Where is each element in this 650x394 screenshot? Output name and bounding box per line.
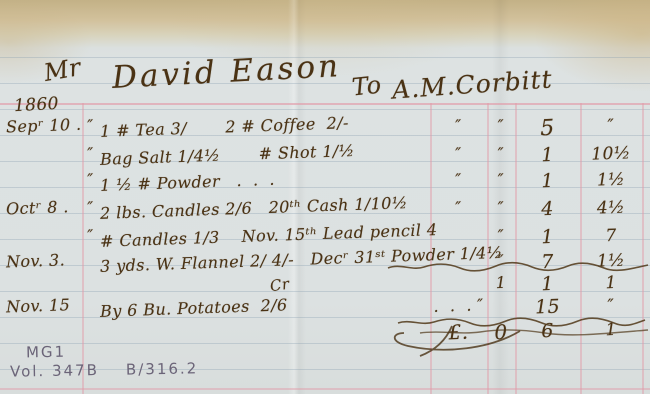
entry-date: Nov. 3. [6,250,85,272]
header-to: To [351,71,383,102]
ditto-col-1: . . . ″ [431,295,487,316]
date-ditto-mark: ″ [83,226,99,246]
ditto-col-1: ″ [431,115,487,136]
ledger-row: Nov. 15 By 6 Bu. Potatoes 2/6 . . . ″ 15… [0,296,650,322]
date-ditto-mark: ″ [83,116,99,136]
ledger-row: ″ Bag Salt 1/4½ # Shot 1/½ ″ ″ 1 10½ [0,144,650,170]
archive-volume-number: Vol. 347B B/316.2 [10,359,199,380]
total-col-2: 0 [487,320,516,345]
pence-amount: ″ [581,115,642,137]
pence-amount: 7 [581,225,642,247]
carried-col-2: 1 [487,273,516,293]
date-ditto-mark: ″ [83,170,99,190]
date-ditto-mark: ″ [83,198,99,218]
ledger-row: Octʳ 8 . ″ 2 lbs. Candles 2/6 20ᵗʰ Cash … [0,198,650,224]
shillings-amount: 1 [516,272,580,296]
ditto-col-1: ″ [431,143,487,164]
entry-date: Octʳ 8 . [6,197,85,219]
pound-symbol: £. [431,319,487,345]
pence-amount: ″ [581,295,642,317]
date-ditto-mark: ″ [83,144,99,164]
pence-amount: 4½ [581,197,642,219]
shillings-amount: 15 [516,295,580,319]
shillings-amount: 5 [516,115,580,142]
pink-rule-bottom [0,388,650,390]
pence-amount: 1 [581,272,642,294]
ledger-scan: Mr David Eason To A.M.Corbitt 1860 Sepʳ … [0,0,650,394]
entry-date: Sepʳ 10 . [6,115,85,137]
pence-amount: 10½ [581,143,642,165]
shillings-amount: 4 [516,197,580,221]
ditto-col-2: ″ [487,116,516,136]
shillings-amount: 1 [516,143,580,167]
header-year: 1860 [14,94,60,116]
ditto-col-2: ″ [487,170,516,190]
shillings-amount: 7 [516,250,580,274]
ledger-row: ″ 1 ½ # Powder . . . ″ ″ 1 1½ [0,170,650,196]
pence-amount: 1½ [581,250,642,272]
ditto-col-1: ″ [431,197,487,218]
total-pence: 1 [581,319,642,341]
ditto-col-2: ″ [487,251,516,271]
ditto-col-2: ″ [487,144,516,164]
shillings-amount: 1 [516,169,580,193]
credit-abbreviation: Cr [269,275,291,296]
total-row: £. 0 6 1 [0,320,650,346]
ditto-col-2: ″ [487,198,516,218]
ledger-row: Sepʳ 10 . ″ 1 # Tea 3/ 2 # Coffee 2/- ″ … [0,116,650,142]
archive-collection-number: MG1 [26,343,66,362]
entry-date: Nov. 15 [6,295,85,317]
ditto-col-1: ″ [431,169,487,190]
shillings-amount: 1 [516,225,580,249]
pink-rule-top [0,103,650,105]
pence-amount: 1½ [581,169,642,191]
total-shillings: 6 [516,319,580,343]
